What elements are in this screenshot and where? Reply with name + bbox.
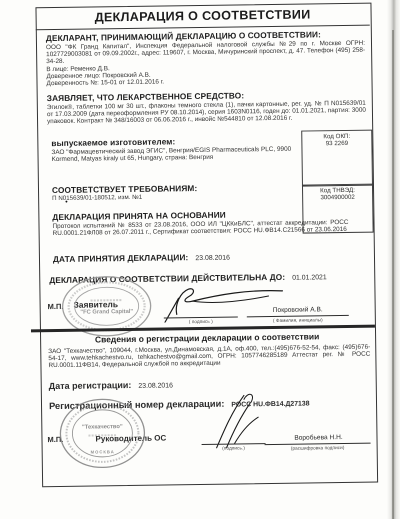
stamp-company-text: "Техкачество" xyxy=(82,424,123,431)
okp-code-value: 93 2269 xyxy=(302,140,371,148)
registration-body: ЗАО "Техкачество", 109044, г.Москва, ул.… xyxy=(48,344,370,369)
stamp-inner-ring xyxy=(74,287,139,326)
registration-date-row: Дата регистрации: 23.08.2016 xyxy=(49,379,173,391)
registrar-name: Воробьева Н.Н. xyxy=(268,434,368,442)
registrar-signature xyxy=(204,389,267,450)
complies-bullet: • xyxy=(65,199,68,206)
applicant-name: Покровский А.В. xyxy=(247,306,349,314)
scan-edge-line xyxy=(392,30,394,519)
okp-code-box: Код ОКП: 93 2269 xyxy=(301,130,373,187)
medicine-description: Эгилок®, таблетки 100 мг 30 шт., флаконы… xyxy=(47,100,366,125)
tnved-code-value: 3004900002 xyxy=(303,194,372,202)
registration-date-value: 23.08.2016 xyxy=(138,382,173,389)
signature-stroke xyxy=(244,394,253,402)
stamp-text-ring xyxy=(68,282,145,331)
registrar-signature-caption: (подпись.) xyxy=(202,445,266,451)
stamp-city-text: МОСКВА xyxy=(91,449,115,454)
signature-stroke xyxy=(193,296,269,303)
scanned-declaration-page: ДЕКЛАРАЦИЯ О СООТВЕТСТВИИ ДЕКЛАРАНТ, ПРИ… xyxy=(0,0,400,519)
registration-date-label: Дата регистрации: xyxy=(49,380,132,391)
signature-stroke xyxy=(226,403,251,447)
stamp-company-text: "FC Grand Capital" xyxy=(80,309,133,316)
document-sheet: ДЕКЛАРАЦИЯ О СООТВЕТСТВИИ ДЕКЛАРАНТ, ПРИ… xyxy=(0,0,400,519)
adoption-date-label: ДАТА ПРИНЯТИЯ ДЕКЛАРАЦИИ: xyxy=(53,252,189,264)
adoption-date-value: 23.08.2016 xyxy=(195,255,230,262)
valid-until-value: 01.01.2021 xyxy=(292,274,327,281)
manufacturer-heading: выпускаемое изготовителем: xyxy=(51,136,175,148)
applicant-signature-caption: ( подпись ) xyxy=(164,318,238,324)
registrar-round-stamp: "Техкачество" МОСКВА xyxy=(58,397,147,470)
signature-stroke xyxy=(234,417,258,443)
declarant-details: ООО "ФК Гранд Капитал", Инспекция Федера… xyxy=(46,40,365,65)
